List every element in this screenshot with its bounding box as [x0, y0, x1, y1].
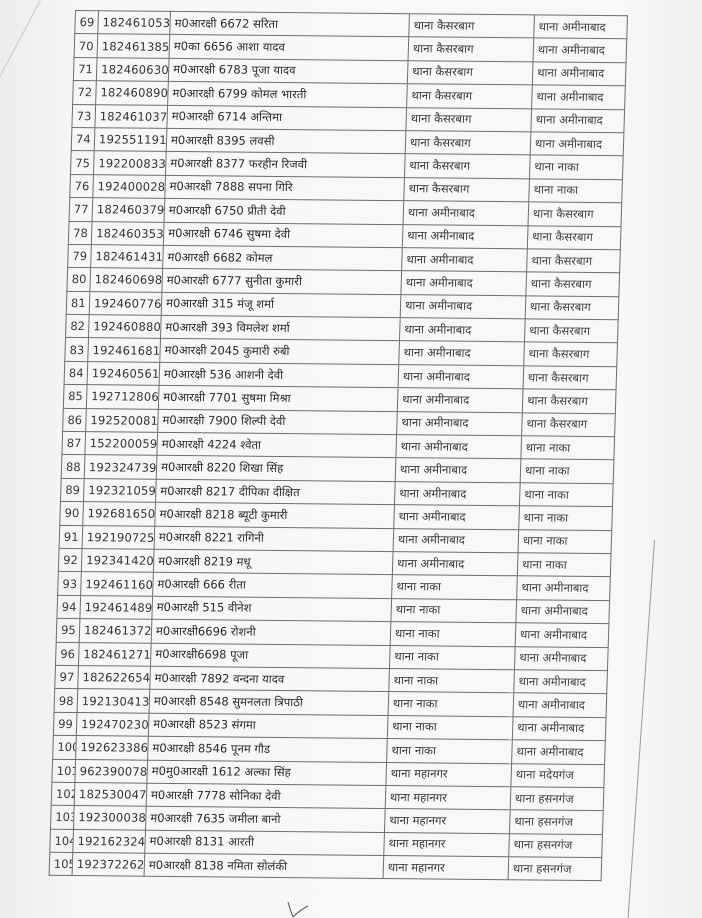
pno-cell: 152200059 [85, 432, 158, 456]
serial-number-cell: 97 [55, 665, 79, 689]
current-station-cell: थाना कैसरबाग [404, 177, 530, 202]
name-designation-cell: म0आरक्षी 6682 कोमल [163, 245, 403, 271]
serial-number-cell: 104 [50, 829, 74, 853]
transferred-station-cell: थाना अमीनाबाद [530, 132, 624, 156]
name-designation-cell: म0आरक्षी 8219 मधू [153, 549, 393, 575]
name-designation-cell: म0आरक्षी 8377 फरहीन रिजवी [165, 152, 405, 178]
transferred-station-cell: थाना अमीनाबाद [534, 15, 628, 39]
transferred-station-cell: थाना अमीनाबाद [513, 693, 607, 717]
serial-number-cell: 103 [50, 806, 74, 830]
serial-number-cell: 93 [58, 572, 82, 596]
transferred-station-cell: थाना अमीनाबाद [532, 85, 626, 109]
name-designation-cell: म0आरक्षी 8220 शिखा सिंह [156, 456, 396, 482]
current-station-cell: थाना महानगर [386, 762, 512, 787]
transferred-station-cell: थाना कैसरबाग [527, 225, 621, 249]
pno-cell: 182461372 [79, 619, 152, 643]
transferred-station-cell: थाना कैसरबाग [523, 366, 617, 390]
transferred-station-cell: थाना अमीनाबाद [533, 38, 627, 62]
name-designation-cell: म0आरक्षी 6799 कोमल भारती [168, 82, 408, 108]
current-station-cell: थाना अमीनाबाद [396, 435, 522, 460]
name-designation-cell: म0आरक्षी 6672 सरिता [170, 11, 410, 37]
serial-number-cell: 82 [65, 315, 89, 339]
serial-number-cell: 76 [70, 174, 94, 198]
pno-cell: 192162324 [73, 829, 146, 853]
transferred-station-cell: थाना नाका [519, 506, 613, 530]
serial-number-cell: 75 [70, 151, 94, 175]
serial-number-cell: 79 [68, 244, 92, 268]
name-designation-cell: म0आरक्षी 8221 रागिनी [154, 526, 394, 552]
current-station-cell: थाना अमीनाबाद [397, 411, 523, 436]
name-designation-cell: म0आरक्षी 7900 शिल्पी देवी [158, 409, 398, 435]
current-station-cell: थाना महानगर [383, 856, 509, 881]
name-designation-cell: म0मु0आरक्षी 1612 अल्का सिंह [147, 760, 387, 786]
transferred-station-cell: थाना अमीनाबाद [514, 670, 608, 694]
name-designation-cell: म0आरक्षी 7701 सुषमा मिश्रा [158, 386, 398, 412]
serial-number-cell: 83 [65, 338, 89, 362]
pno-cell: 192461681 [88, 338, 161, 362]
transferred-station-cell: थाना कैसरबाग [522, 389, 616, 413]
transferred-station-cell: थाना नाका [521, 436, 615, 460]
serial-number-cell: 84 [64, 361, 88, 385]
serial-number-cell: 100 [53, 735, 77, 759]
pno-cell: 182461431 [91, 245, 164, 269]
transferred-station-cell: थाना नाका [529, 155, 623, 179]
current-station-cell: थाना नाका [392, 575, 518, 600]
serial-number-cell: 90 [60, 502, 84, 526]
table-row: 105192372262म0आरक्षी 8138 नमिता सोलंकीथा… [49, 852, 602, 881]
pno-cell: 182461053 [98, 11, 171, 35]
name-designation-cell: म0आरक्षी 2045 कुमारी रुबी [160, 339, 400, 365]
pno-cell: 192372262 [72, 853, 145, 877]
serial-number-cell: 78 [68, 221, 92, 245]
current-station-cell: थाना अमीनाबाद [394, 505, 520, 530]
current-station-cell: थाना नाका [390, 622, 516, 647]
current-station-cell: थाना कैसरबाग [407, 84, 533, 109]
roster-table-body: 69182461053म0आरक्षी 6672 सरिताथाना कैसरब… [49, 11, 627, 882]
name-designation-cell: म0आरक्षी 515 वीनेश [152, 596, 392, 622]
name-designation-cell: म0आरक्षी 4224 श्वेता [157, 432, 397, 458]
serial-number-cell: 101 [52, 759, 76, 783]
current-station-cell: थाना नाका [387, 739, 513, 764]
transferred-station-cell: थाना अमीनाबाद [515, 623, 609, 647]
pno-cell: 192300038 [73, 806, 146, 830]
pno-cell: 192460776 [89, 291, 162, 315]
transferred-station-cell: थाना कैसरबाग [522, 412, 616, 436]
serial-number-cell: 86 [63, 408, 87, 432]
name-designation-cell: म0आरक्षी 7778 सोनिका देवी [146, 783, 386, 809]
transferred-station-cell: थाना अमीनाबाद [516, 600, 610, 624]
name-designation-cell: म0आरक्षी 6746 सुषमा देवी [163, 222, 403, 248]
name-designation-cell: म0आरक्षी 8523 संगमा [148, 713, 388, 739]
serial-number-cell: 70 [74, 34, 98, 58]
transferred-station-cell: थाना अमीनाबाद [517, 576, 611, 600]
current-station-cell: थाना अमीनाबाद [399, 341, 525, 366]
name-designation-cell: म0आरक्षी 8131 आरती [145, 830, 385, 856]
transferred-station-cell: थाना हसनगंज [509, 810, 603, 834]
current-station-cell: थाना नाका [387, 715, 513, 740]
serial-number-cell: 99 [53, 712, 77, 736]
serial-number-cell: 72 [73, 81, 97, 105]
transferred-station-cell: थाना अमीनाबाद [532, 62, 626, 86]
name-designation-cell: म0आरक्षी 7635 जमीला बानो [145, 807, 385, 833]
serial-number-cell: 80 [67, 268, 91, 292]
current-station-cell: थाना अमीनाबाद [399, 318, 525, 343]
serial-number-cell: 88 [61, 455, 85, 479]
pno-cell: 192460561 [87, 361, 160, 385]
serial-number-cell: 102 [51, 782, 75, 806]
serial-number-cell: 73 [72, 104, 96, 128]
serial-number-cell: 92 [58, 548, 82, 572]
pno-cell: 192623386 [76, 736, 149, 760]
serial-number-cell: 81 [66, 291, 90, 315]
name-designation-cell: म0आरक्षी 8218 ब्यूटी कुमारी [155, 502, 395, 528]
pno-cell: 182461385 [97, 34, 170, 58]
pno-cell: 192400028 [93, 174, 166, 198]
name-designation-cell: म0आरक्षी 536 आशनी देवी [159, 362, 399, 388]
current-station-cell: थाना अमीनाबाद [397, 388, 523, 413]
name-designation-cell: म0आरक्षी 6783 पूजा यादव [168, 58, 408, 84]
pno-cell: 192681650 [83, 502, 156, 526]
serial-number-cell: 85 [63, 385, 87, 409]
serial-number-cell: 95 [56, 619, 80, 643]
current-station-cell: थाना कैसरबाग [404, 154, 530, 179]
current-station-cell: थाना नाका [389, 645, 515, 670]
pno-cell: 182460353 [91, 221, 164, 245]
name-designation-cell: म0आरक्षी 6777 सुनीता कुमारी [162, 269, 402, 295]
pno-cell: 192520081 [86, 408, 159, 432]
name-designation-cell: म0आरक्षी 8546 पूनम गौड [148, 736, 388, 762]
pno-cell: 182460698 [90, 268, 163, 292]
current-station-cell: थाना अमीनाबाद [398, 364, 524, 389]
name-designation-cell: म0का 6656 आशा यादव [169, 35, 409, 61]
transferred-station-cell: थाना कैसरबाग [524, 319, 618, 343]
transferred-station-cell: थाना कैसरबाग [526, 272, 620, 296]
current-station-cell: थाना कैसरबाग [409, 14, 535, 39]
pno-cell: 192321059 [83, 478, 156, 502]
name-designation-cell: म0आरक्षी 7888 सपना गिरि [165, 175, 405, 201]
current-station-cell: थाना अमीनाबाद [395, 458, 521, 483]
transferred-station-cell: थाना कैसरबाग [525, 296, 619, 320]
name-designation-cell: म0आरक्षी 393 विमलेश शर्मा [160, 315, 400, 341]
pno-cell: 192712806 [86, 385, 159, 409]
transferred-station-cell: थाना मदेयगंज [511, 763, 605, 787]
name-designation-cell: म0आरक्षी 8217 दीपिका दीक्षित [155, 479, 395, 505]
current-station-cell: थाना अमीनाबाद [401, 271, 527, 296]
name-designation-cell: म0आरक्षी 8138 नमिता सोलंकी [144, 853, 384, 879]
pno-cell: 192341420 [81, 549, 154, 573]
current-station-cell: थाना अमीनाबाद [402, 224, 528, 249]
pno-cell: 192551191 [94, 128, 167, 152]
pno-cell: 192460880 [88, 315, 161, 339]
name-designation-cell: म0आरक्षी6696 रोशनी [151, 619, 391, 645]
current-station-cell: थाना कैसरबाग [406, 107, 532, 132]
serial-number-cell: 105 [49, 852, 73, 876]
transfer-roster-table: 69182461053म0आरक्षी 6672 सरिताथाना कैसरब… [49, 10, 628, 882]
current-station-cell: थाना अमीनाबाद [400, 294, 526, 319]
serial-number-cell: 69 [75, 11, 99, 35]
current-station-cell: थाना नाका [389, 668, 515, 693]
signature-mark [284, 902, 324, 918]
transferred-station-cell: थाना अमीनाबाद [512, 740, 606, 764]
name-designation-cell: म0आरक्षी6698 पूजा [150, 643, 390, 669]
name-designation-cell: म0आरक्षी 6714 अन्तिमा [167, 105, 407, 131]
current-station-cell: थाना महानगर [385, 785, 511, 810]
serial-number-cell: 98 [54, 689, 78, 713]
current-station-cell: थाना अमीनाबाद [394, 481, 520, 506]
serial-number-cell: 87 [62, 431, 86, 455]
pno-cell: 182460890 [96, 81, 169, 105]
transferred-station-cell: थाना नाका [529, 179, 623, 203]
pno-cell: 182461037 [95, 104, 168, 128]
transferred-station-cell: थाना नाका [520, 459, 614, 483]
transferred-station-cell: थाना अमीनाबाद [531, 108, 625, 132]
pno-cell: 192461489 [80, 595, 153, 619]
transferred-station-cell: थाना कैसरबाग [527, 249, 621, 273]
current-station-cell: थाना कैसरबाग [405, 131, 531, 156]
transferred-station-cell: थाना नाका [517, 553, 611, 577]
pno-cell: 182460379 [92, 198, 165, 222]
pno-cell: 182460630 [96, 57, 169, 81]
pno-cell: 192470230 [76, 712, 149, 736]
transferred-station-cell: थाना अमीनाबाद [514, 646, 608, 670]
serial-number-cell: 71 [73, 57, 97, 81]
serial-number-cell: 94 [57, 595, 81, 619]
name-designation-cell: म0आरक्षी 8548 सुमनलता त्रिपाठी [149, 690, 389, 716]
name-designation-cell: म0आरक्षी 6750 प्रीती देवी [164, 198, 404, 224]
transferred-station-cell: थाना हसनगंज [510, 787, 604, 811]
current-station-cell: थाना अमीनाबाद [393, 528, 519, 553]
current-station-cell: थाना महानगर [384, 809, 510, 834]
transferred-station-cell: थाना नाका [518, 529, 612, 553]
transferred-station-cell: थाना अमीनाबाद [512, 716, 606, 740]
roster-document: 69182461053म0आरक्षी 6672 सरिताथाना कैसरब… [49, 10, 627, 882]
serial-number-cell: 91 [59, 525, 83, 549]
transferred-station-cell: थाना हसनगंज [508, 857, 602, 881]
current-station-cell: थाना कैसरबाग [408, 37, 534, 62]
pno-cell: 192324739 [84, 455, 157, 479]
pno-cell: 192200833 [93, 151, 166, 175]
pno-cell: 182461271 [78, 642, 151, 666]
pno-cell: 182530047 [74, 782, 147, 806]
transferred-station-cell: थाना नाका [519, 483, 613, 507]
name-designation-cell: म0आरक्षी 8395 लवसी [166, 128, 406, 154]
pno-cell: 192461160 [81, 572, 154, 596]
pno-cell: 962390078 [75, 759, 148, 783]
serial-number-cell: 89 [60, 478, 84, 502]
name-designation-cell: म0आरक्षी 7892 वन्दना यादव [150, 666, 390, 692]
serial-number-cell: 96 [55, 642, 79, 666]
transferred-station-cell: थाना कैसरबाग [528, 202, 622, 226]
pno-cell: 182622654 [78, 666, 151, 690]
transferred-station-cell: थाना हसनगंज [509, 833, 603, 857]
pno-cell: 192190725 [82, 525, 155, 549]
current-station-cell: थाना अमीनाबाद [403, 201, 529, 226]
current-station-cell: थाना महानगर [384, 832, 510, 857]
transferred-station-cell: थाना कैसरबाग [524, 342, 618, 366]
name-designation-cell: म0आरक्षी 315 मंजू शर्मा [161, 292, 401, 318]
current-station-cell: थाना कैसरबाग [407, 60, 533, 85]
pno-cell: 192130413 [77, 689, 150, 713]
current-station-cell: थाना नाका [391, 598, 517, 623]
current-station-cell: थाना अमीनाबाद [392, 552, 518, 577]
serial-number-cell: 74 [71, 127, 95, 151]
name-designation-cell: म0आरक्षी 666 रीता [153, 573, 393, 599]
serial-number-cell: 77 [69, 198, 93, 222]
current-station-cell: थाना अमीनाबाद [402, 248, 528, 273]
current-station-cell: थाना नाका [388, 692, 514, 717]
